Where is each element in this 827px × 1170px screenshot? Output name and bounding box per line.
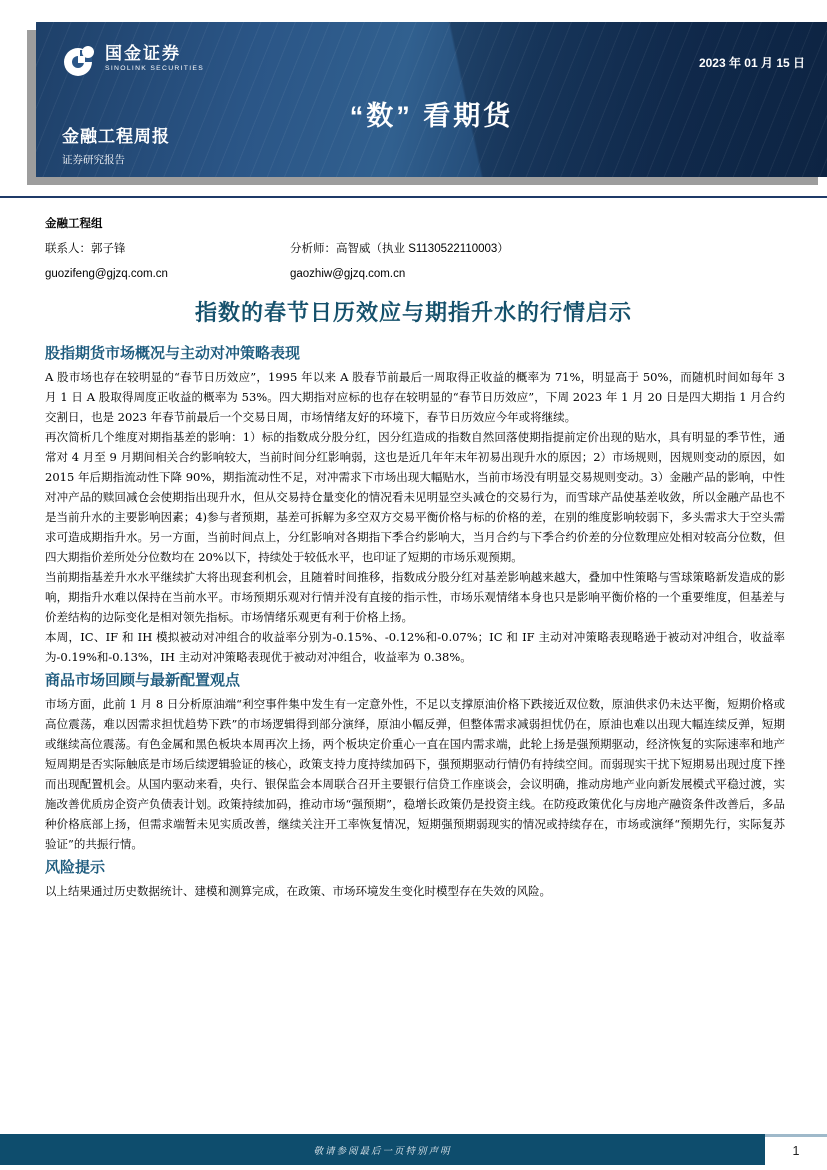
contact-names-row: 联系人：郭子锋 分析师：高智威（执业 S1130522110003） (45, 237, 785, 262)
contact-group-row: 金融工程组 (45, 212, 785, 237)
report-page: 国金证券 SINOLINK SECURITIES 2023 年 01 月 15 … (0, 0, 827, 1170)
section-heading-risk-notice: 风险提示 (45, 858, 785, 878)
page-number: 1 (793, 1144, 800, 1158)
footer-disclaimer: 敬请参阅最后一页特别声明 (313, 1143, 451, 1157)
header-divider-rule (0, 196, 827, 198)
page-number-box: 1 (765, 1134, 827, 1165)
paragraph: 以上结果通过历史数据统计、建模和测算完成，在政策、市场环境发生变化时模型存在失效… (45, 881, 785, 901)
section-heading-futures-overview: 股指期货市场概况与主动对冲策略表现 (45, 344, 785, 364)
page-footer: 敬请参阅最后一页特别声明 1 (0, 1134, 827, 1165)
brand-logo: 国金证券 SINOLINK SECURITIES (62, 44, 204, 78)
report-body: 股指期货市场概况与主动对冲策略表现 A 股市场也存在较明显的“春节日历效应”，1… (45, 340, 785, 901)
contact-email: guozifeng@gjzq.com.cn (45, 262, 290, 287)
contact-emails-row: guozifeng@gjzq.com.cn gaozhiw@gjzq.com.c… (45, 262, 785, 287)
report-date: 2023 年 01 月 15 日 (699, 54, 805, 71)
contact-person: 联系人：郭子锋 (45, 237, 290, 262)
contact-block: 金融工程组 联系人：郭子锋 分析师：高智威（执业 S1130522110003）… (45, 212, 785, 287)
brand-text: 国金证券 SINOLINK SECURITIES (105, 44, 204, 74)
paragraph: 市场方面，此前 1 月 8 日分析原油端“利空事件集中发生有一定意外性，不足以支… (45, 694, 785, 854)
section-heading-commodity-view: 商品市场回顾与最新配置观点 (45, 671, 785, 691)
paragraph: 再次简析几个维度对期指基差的影响：1）标的指数成分股分红，因分红造成的指数自然回… (45, 427, 785, 567)
sinolink-logo-icon (62, 44, 96, 78)
paragraph: 本周，IC、IF 和 IH 模拟被动对冲组合的收益率分别为-0.15%、-0.1… (45, 627, 785, 667)
analyst-email: gaozhiw@gjzq.com.cn (290, 262, 785, 287)
report-type-label: 证券研究报告 (62, 152, 125, 167)
series-title: 金融工程周报 (62, 122, 170, 147)
analyst-person: 分析师：高智威（执业 S1130522110003） (290, 237, 785, 262)
footer-disclaimer-bar: 敬请参阅最后一页特别声明 (0, 1134, 765, 1165)
report-title: 指数的春节日历效应与期指升水的行情启示 (0, 296, 827, 327)
brand-subtitle: SINOLINK SECURITIES (105, 64, 204, 74)
paragraph: A 股市场也存在较明显的“春节日历效应”，1995 年以来 A 股春节前最后一周… (45, 367, 785, 427)
team-name: 金融工程组 (45, 212, 103, 237)
header-banner: 国金证券 SINOLINK SECURITIES 2023 年 01 月 15 … (36, 22, 827, 177)
brand-name: 国金证券 (105, 44, 204, 64)
paragraph: 当前期指基差升水水平继续扩大将出现套利机会，且随着时间推移，指数成分股分红对基差… (45, 567, 785, 627)
